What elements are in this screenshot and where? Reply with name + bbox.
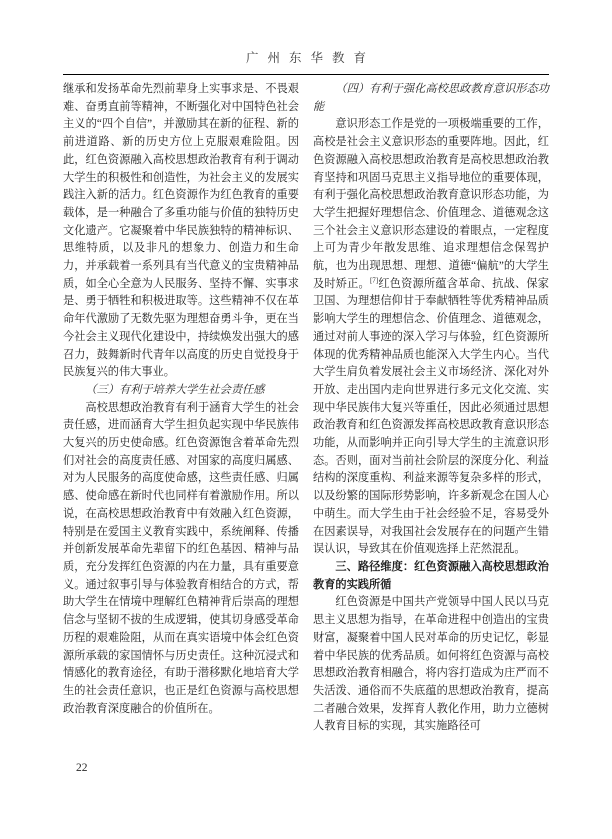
- two-column-body: 继承和发扬革命先烈前辈身上实事求是、不畏艰难、奋勇直前等精神，不断强化对中国特色…: [63, 81, 549, 736]
- page-number: 22: [76, 762, 88, 774]
- section-heading-3: 三、路径维度：红色资源融入高校思想政治教育的实践所循: [313, 559, 549, 594]
- ideology-paragraph-part1: 意识形态工作是党的一项极端重要的工作，高校是社会主义意识形态的重要阵地。因此，红…: [313, 118, 549, 289]
- ideology-paragraph: 意识形态工作是党的一项极端重要的工作，高校是社会主义意识形态的重要阵地。因此，红…: [313, 116, 549, 559]
- responsibility-paragraph: 高校思想政治教育有利于涵育大学生的社会责任感，进而涵育大学生担负起实现中华民族伟…: [63, 400, 299, 719]
- journal-header-title: 广州东华教育: [0, 48, 612, 66]
- reference-marker-7: [7]: [370, 276, 378, 284]
- subsection-heading-3: （三）有利于培养大学生社会责任感: [63, 382, 299, 400]
- left-continuation-paragraph: 继承和发扬革命先烈前辈身上实事求是、不畏艰难、奋勇直前等精神，不断强化对中国特色…: [63, 81, 299, 382]
- ideology-paragraph-part2: 红色资源所蕴含革命、抗战、保家卫国、为理想信仰甘于奉献牺牲等优秀精神品质影响大学…: [313, 278, 549, 556]
- right-column: （四）有利于强化高校思政教育意识形态功能 意识形态工作是党的一项极端重要的工作，…: [313, 81, 549, 736]
- header-rule: [63, 74, 549, 75]
- journal-page: 广州东华教育 继承和发扬革命先烈前辈身上实事求是、不畏艰难、奋勇直前等精神，不断…: [0, 0, 612, 839]
- subsection-heading-4: （四）有利于强化高校思政教育意识形态功能: [313, 81, 549, 116]
- left-column: 继承和发扬革命先烈前辈身上实事求是、不畏艰难、奋勇直前等精神，不断强化对中国特色…: [63, 81, 299, 736]
- path-paragraph: 红色资源是中国共产党领导中国人民以马克思主义思想为指导，在革命进程中创造出的宝贵…: [313, 594, 549, 736]
